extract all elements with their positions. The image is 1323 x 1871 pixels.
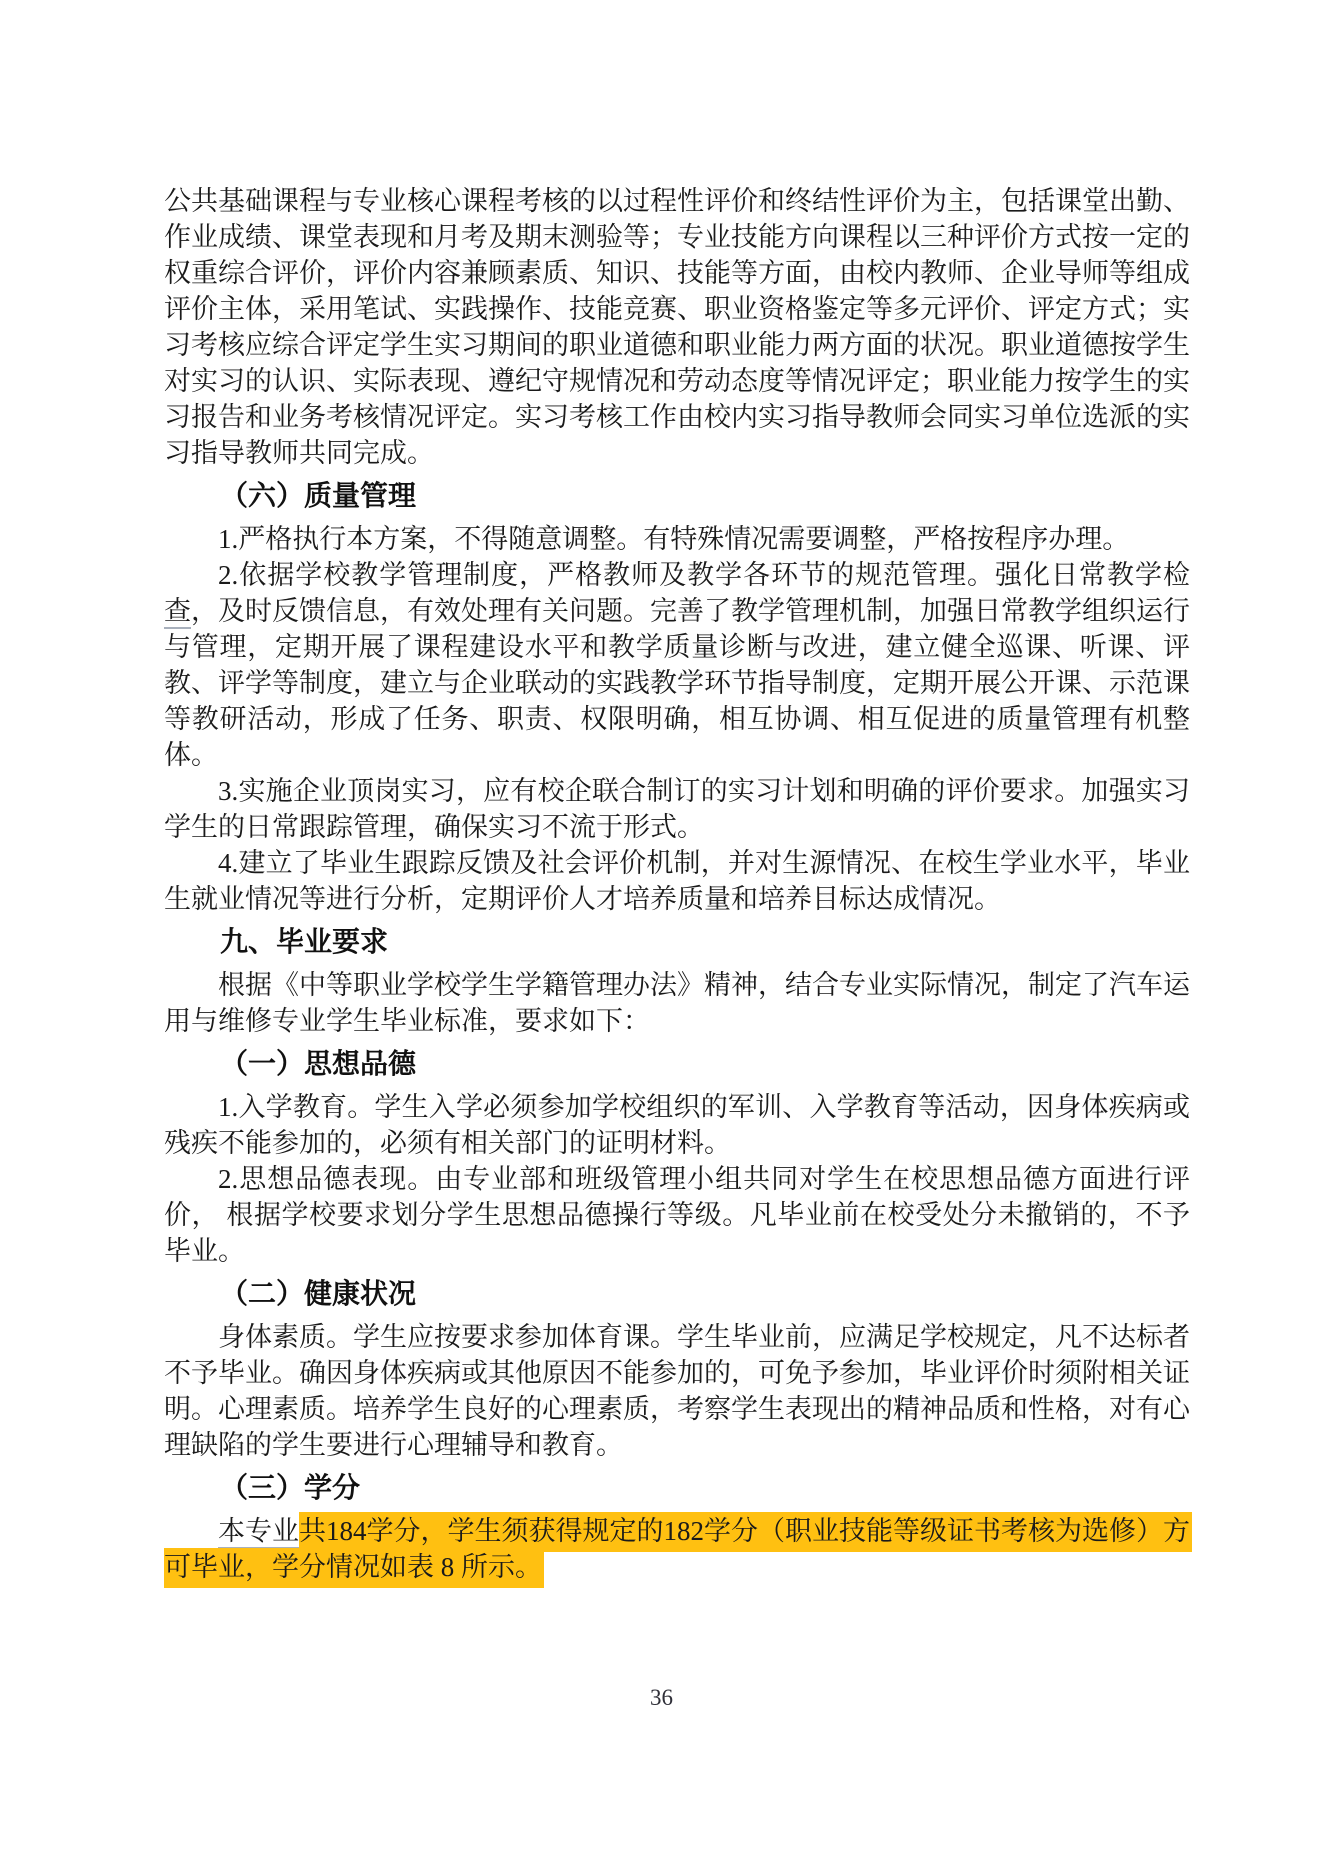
paragraph-quality-item-4: 4.建立了毕业生跟踪反馈及社会评价机制，并对生源情况、在校生学业水平，毕业生就业… [164,845,1190,917]
quality-item-2-text-start: 2.依据学校教学管理制度，严格教师及教学各环节的规范管理。强化日常教学检 [218,560,1190,590]
heading-health-status: （二）健康状况 [164,1275,1190,1313]
paragraph-health-requirements: 身体素质。学生应按要求参加体育课。学生毕业前，应满足学校规定，凡不达标者不予毕业… [164,1319,1190,1463]
paragraph-quality-item-2: 2.依据学校教学管理制度，严格教师及教学各环节的规范管理。强化日常教学检查，及时… [164,557,1190,773]
paragraph-moral-item-1: 1.入学教育。学生入学必须参加学校组织的军训、入学教育等活动，因身体疾病或残疾不… [164,1089,1190,1161]
heading-credits: （三）学分 [164,1469,1190,1507]
paragraph-quality-item-1: 1.严格执行本方案，不得随意调整。有特殊情况需要调整，严格按程序办理。 [164,521,1190,557]
paragraph-graduation-intro: 根据《中等职业学校学生学籍管理办法》精神，结合专业实际情况，制定了汽车运用与维修… [164,967,1190,1039]
page-number: 36 [0,1683,1323,1713]
credits-text-prefix: 本专业 [218,1516,299,1549]
paragraph-moral-item-2: 2.思想品德表现。由专业部和班级管理小组共同对学生在校思想品德方面进行评价， 根… [164,1161,1190,1269]
document-body: 公共基础课程与专业核心课程考核的以过程性评价和终结性评价为主，包括课堂出勤、作业… [164,183,1190,1585]
heading-moral-character: （一）思想品德 [164,1045,1190,1083]
paragraph-credits-requirement: 本专业共184学分，学生须获得规定的182学分（职业技能等级证书考核为选修）方可… [164,1513,1190,1585]
quality-item-2-underlined-char: 查 [164,596,191,629]
paragraph-course-assessment: 公共基础课程与专业核心课程考核的以过程性评价和终结性评价为主，包括课堂出勤、作业… [164,183,1190,471]
paragraph-quality-item-3: 3.实施企业顶岗实习，应有校企联合制订的实习计划和明确的评价要求。加强实习学生的… [164,773,1190,845]
heading-quality-management: （六）质量管理 [164,477,1190,515]
credits-highlighted-text: 共184学分，学生须获得规定的182学分（职业技能等级证书考核为选修）方可毕业，… [164,1512,1192,1588]
document-page: 公共基础课程与专业核心课程考核的以过程性评价和终结性评价为主，包括课堂出勤、作业… [0,0,1323,1871]
heading-graduation-requirements: 九、毕业要求 [164,923,1190,961]
quality-item-2-text-end: ，及时反馈信息，有效处理有关问题。完善了教学管理机制，加强日常教学组织运行与管理… [164,596,1190,770]
